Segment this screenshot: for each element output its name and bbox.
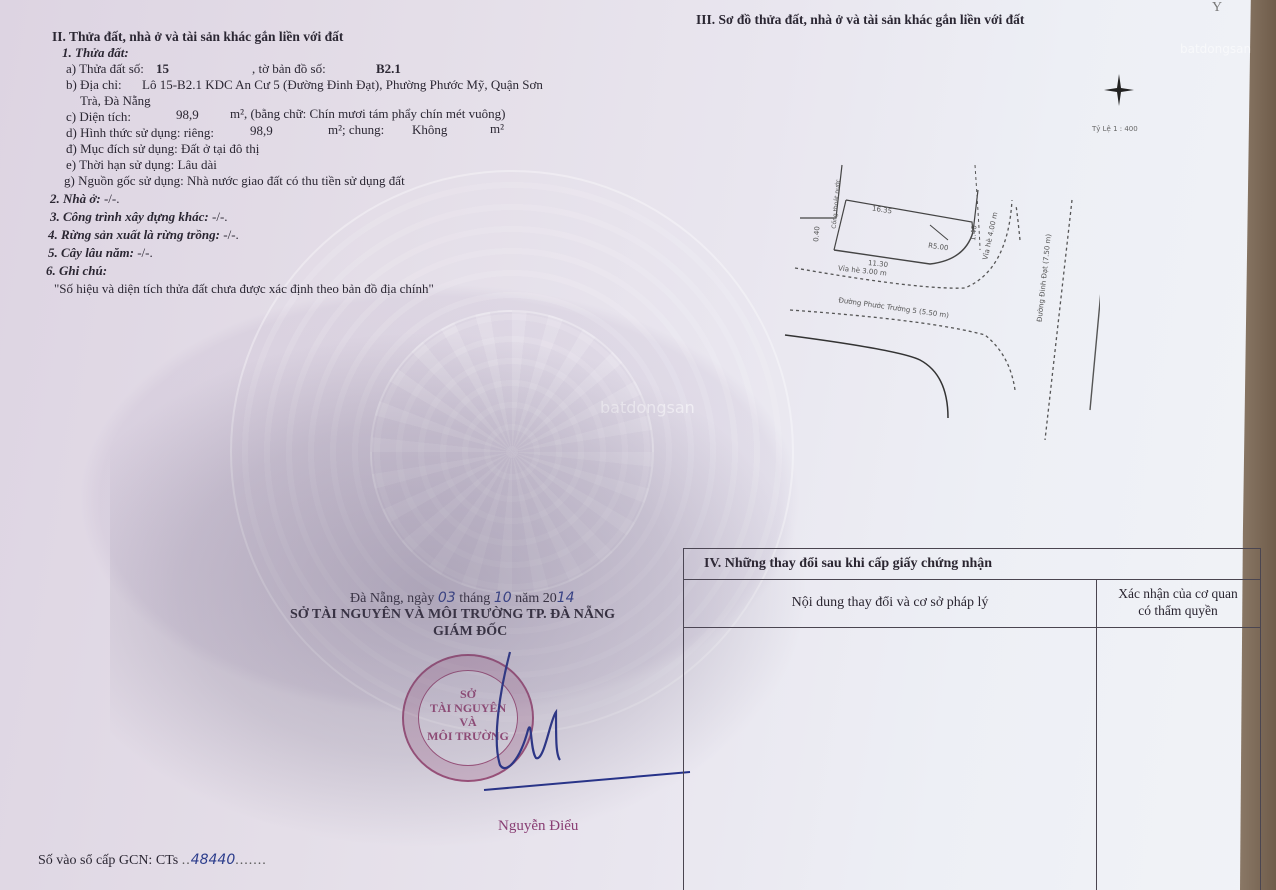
area-value: 98,9 [176, 107, 199, 123]
registry-value: 48440 [191, 852, 236, 868]
section-3-title: III. Sơ đồ thửa đất, nhà ở và tài sản kh… [696, 12, 1024, 28]
notes-text: "Số hiệu và diện tích thửa đất chưa được… [54, 281, 434, 297]
map-scale: Tỷ Lệ 1 : 400 [1092, 121, 1138, 137]
corner-mark: Y [1212, 0, 1222, 16]
column-authority-line1: Xác nhận của cơ quan [1096, 585, 1260, 602]
item-forest: 4. Rừng sản xuất là rừng trồng: -/-. [48, 227, 239, 243]
registry-label: Số vào sổ cấp GCN: CTs [38, 853, 178, 868]
usage-common-value: Không [412, 122, 447, 138]
item-perennial-label: 5. Cây lâu năm: [48, 245, 134, 260]
parcel-number-value: 15 [156, 61, 169, 77]
signer-name: Nguyễn Điểu [498, 818, 578, 834]
item-other-construction: 3. Công trình xây dựng khác: -/-. [50, 209, 228, 225]
item-forest-label: 4. Rừng sản xuất là rừng trồng: [48, 227, 220, 242]
usage-origin: g) Nguồn gốc sử dụng: Nhà nước giao đất … [64, 173, 405, 189]
edge-top-length: 16.35 [871, 201, 893, 220]
map-sheet-value: B2.1 [376, 61, 401, 77]
date-year-suffix: 14 [557, 590, 575, 606]
map-sheet-label: , tờ bản đồ số: [252, 61, 326, 77]
month-label: tháng [459, 591, 490, 606]
usage-private-value: 98,9 [250, 123, 273, 139]
year-label: năm 20 [515, 591, 557, 606]
corner-radius: R5.00 [927, 238, 949, 257]
north-arrow-icon [1104, 74, 1134, 106]
column-authority-line2: có thẩm quyền [1096, 602, 1260, 619]
changes-table-columns: Nội dung thay đổi và cơ sở pháp lý Xác n… [684, 579, 1260, 628]
issue-date: Đà Nẵng, ngày 03 tháng 10 năm 2014 [350, 590, 575, 607]
item-other-construction-label: 3. Công trình xây dựng khác: [50, 209, 209, 224]
item-forest-value: -/-. [223, 227, 239, 242]
emblem-center-watermark [370, 310, 654, 594]
item-house: 2. Nhà ở: -/-. [50, 191, 119, 207]
item-perennial: 5. Cây lâu năm: -/-. [48, 245, 153, 261]
address-label: b) Địa chỉ: [66, 77, 122, 93]
address-value-line2: Trà, Đà Nẵng [80, 93, 151, 109]
usage-common-label: m²; chung: [328, 122, 384, 138]
watermark-center: batdongsan [600, 398, 695, 417]
column-change-content: Nội dung thay đổi và cơ sở pháp lý [684, 595, 1096, 611]
signer-position: GIÁM ĐỐC [433, 624, 507, 640]
registry-number: Số vào sổ cấp GCN: CTs ..48440....... [38, 852, 267, 869]
usage-purpose: đ) Mục đích sử dụng: Đất ở tại đô thị [66, 141, 259, 157]
section-2-title: II. Thửa đất, nhà ở và tài sản khác gắn … [52, 29, 343, 45]
item-notes: 6. Ghi chú: [46, 263, 107, 279]
usage-form-label: d) Hình thức sử dụng: riêng: [66, 125, 214, 141]
item-notes-label: 6. Ghi chú: [46, 263, 107, 278]
land-heading: 1. Thửa đất: [62, 45, 129, 61]
parcel-number-label: a) Thửa đất số: [66, 61, 144, 77]
item-perennial-value: -/-. [137, 245, 153, 260]
edge-right-length: 1.40 [965, 225, 982, 242]
section-4-title: IV. Những thay đổi sau khi cấp giấy chứn… [704, 556, 992, 572]
item-house-label: 2. Nhà ở: [50, 191, 101, 206]
usage-term: e) Thời hạn sử dụng: Lâu dài [66, 157, 217, 173]
area-label: c) Diện tích: [66, 109, 131, 125]
date-month: 10 [494, 590, 512, 606]
issuing-agency: SỞ TÀI NGUYÊN VÀ MÔI TRƯỜNG TP. ĐÀ NẴNG [290, 607, 615, 623]
column-divider [1096, 579, 1097, 890]
date-prefix: Đà Nẵng, ngày [350, 591, 434, 606]
changes-table-header: IV. Những thay đổi sau khi cấp giấy chứn… [684, 549, 1260, 580]
area-unit-words: m², (bằng chữ: Chín mươi tám phẩy chín m… [230, 106, 505, 122]
date-day: 03 [438, 590, 456, 606]
address-value-line1: Lô 15-B2.1 KDC An Cư 5 (Đường Đinh Đạt),… [142, 77, 543, 93]
watermark-top-right: batdongsan [1180, 42, 1251, 56]
item-other-construction-value: -/-. [212, 209, 228, 224]
edge-left-length: 0.40 [808, 226, 825, 243]
column-authority-confirmation: Xác nhận của cơ quan có thẩm quyền [1096, 585, 1260, 619]
usage-common-unit: m² [490, 121, 504, 137]
item-house-value: -/-. [104, 191, 120, 206]
changes-table: IV. Những thay đổi sau khi cấp giấy chứn… [683, 548, 1261, 890]
